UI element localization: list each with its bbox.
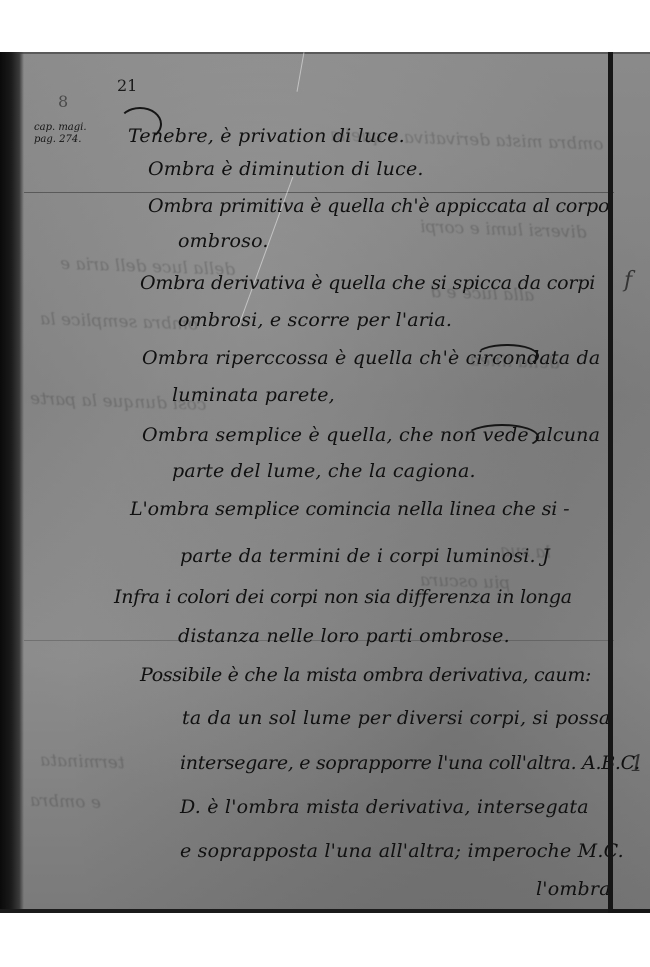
- margin-note: cap. magi. pag. 274.: [34, 122, 87, 146]
- scan-top-edge: [0, 52, 650, 54]
- text-line: e soprapposta l'una all'altra; imperoche…: [180, 840, 624, 862]
- ruled-line: [24, 192, 614, 193]
- text-line: D. è l'ombra mista derivativa, intersega…: [180, 796, 589, 818]
- text-line: luminata parete,: [172, 384, 335, 406]
- text-line: parte del lume, che la cagiona.: [172, 460, 476, 482]
- scan-bottom-edge: [0, 909, 650, 913]
- right-margin-mark: 1: [630, 752, 644, 777]
- text-line: Tenebre, è privation di luce.: [128, 125, 405, 147]
- bleed-through-text: terminata: [40, 751, 125, 774]
- text-line: Ombra riperccossa è quella ch'è circonda…: [142, 347, 600, 369]
- text-line: Infra i colori dei corpi non sia differe…: [114, 586, 572, 608]
- catchword: l'ombra: [536, 878, 611, 900]
- text-line: Possibile è che la mista ombra derivativ…: [140, 664, 591, 686]
- text-line: Ombra primitiva è quella ch'è appiccata …: [148, 195, 609, 217]
- bleed-through-text: ombra semplice la: [40, 309, 199, 335]
- margin-rule-foot: [608, 909, 650, 913]
- text-line: ombroso.: [178, 230, 269, 252]
- text-line: distanza nelle loro parti ombrose.: [178, 625, 510, 647]
- faint-page-number: 8: [58, 92, 68, 111]
- text-line: ta da un sol lume per diversi corpi, si …: [182, 707, 610, 729]
- bleed-through-text: diversi lumi e corpi: [420, 217, 587, 243]
- manuscript-page-scan: ombra mista derivativa e quella diversi …: [0, 52, 650, 913]
- page-number: 21: [117, 76, 137, 95]
- binding-shadow: [0, 52, 24, 913]
- vertical-margin-rule: [608, 52, 613, 913]
- scratch-mark: [297, 52, 305, 92]
- bleed-through-text: e ombra: [30, 791, 102, 813]
- text-line: parte da termini de i corpi luminosi. J: [180, 545, 550, 567]
- right-margin-mark: f: [624, 268, 632, 293]
- margin-note-line: pag. 274.: [34, 134, 87, 146]
- text-line: ombrosi, e scorre per l'aria.: [178, 309, 452, 331]
- margin-note-line: cap. magi.: [34, 122, 87, 134]
- text-line: L'ombra semplice comincia nella linea ch…: [130, 498, 570, 520]
- text-line: Ombra semplice è quella, che non vede al…: [142, 424, 600, 446]
- text-line: intersegare, e soprapporre l'una coll'al…: [180, 752, 640, 774]
- text-line: Ombra è diminution di luce.: [148, 158, 424, 180]
- text-line: Ombra derivativa è quella che si spicca …: [140, 272, 595, 294]
